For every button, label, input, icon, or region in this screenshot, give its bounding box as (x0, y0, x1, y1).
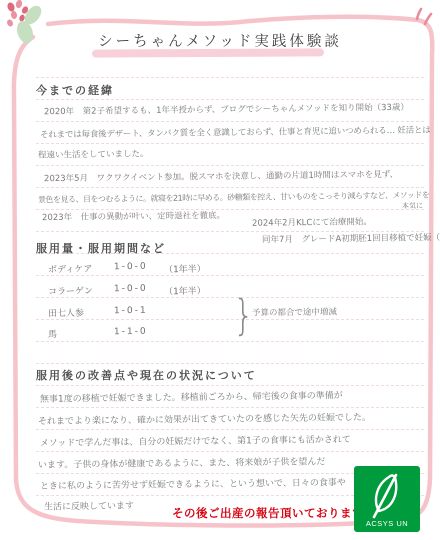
handwritten-line: 程遠い生活をしていました。 (38, 147, 149, 160)
dosage-row-dose: 1-0-0 (114, 262, 148, 273)
ruled-line (36, 165, 424, 166)
dosage-row-dose: 1-0-0 (114, 284, 148, 295)
ruled-line (36, 275, 424, 276)
page-title: シーちゃんメソッド実践体験談 (0, 30, 440, 51)
handwritten-line: 2024年2月KLCにて治療開始。 (252, 215, 372, 228)
dosage-row-dose: 1-0-1 (114, 306, 148, 317)
section-heading-history: 今までの経緯 (36, 82, 114, 98)
dosage-row-dose: 1-1-0 (114, 327, 148, 338)
dosage-row-name: 馬 (48, 327, 57, 340)
ruled-line (36, 451, 424, 452)
handwritten-line-tail: 本気に (402, 201, 423, 211)
dosage-row-name: 田七人参 (48, 306, 84, 320)
ruled-line (36, 187, 424, 188)
ruled-line (36, 121, 424, 122)
ruled-line (36, 319, 424, 320)
acsysun-logo: ACSYS UN (354, 466, 420, 532)
ruled-line (36, 99, 424, 100)
dosage-brace-note: 予算の都合で途中増減 (252, 305, 337, 318)
testimonial-sheet: シーちゃんメソッド実践体験談 今までの経緯 2020年 第2子希望するも、1年半… (0, 0, 440, 540)
ruled-line (36, 363, 424, 364)
birth-report-stamp: その後ご出産の報告頂いております (172, 505, 364, 521)
handwritten-line: 生活に反映しています (44, 498, 134, 512)
ruled-line (36, 429, 424, 430)
ruled-line (36, 407, 424, 408)
ruled-line (36, 297, 424, 298)
logo-text: ACSYS UN (366, 519, 408, 528)
section-heading-dosage: 服用量・服用期間など (36, 240, 166, 256)
dosage-row-name: ボディケア (48, 262, 93, 276)
ruled-line (36, 385, 424, 386)
leaf-icon (366, 471, 408, 519)
dosage-row-name: コラーゲン (48, 284, 93, 298)
ruled-line (36, 341, 424, 342)
dosage-row-period: （1年半） (164, 262, 206, 276)
ruled-line (36, 143, 424, 144)
handwritten-line: 同年7月 グレードA初期胚1回目移植で妊娠（35歳） (262, 231, 440, 246)
dosage-row-period: （1年半） (164, 284, 206, 298)
section-heading-after: 服用後の改善点や現在の状況について (36, 367, 257, 383)
ruled-line (36, 77, 424, 78)
table-brace: } (234, 292, 254, 340)
handwritten-line: 2023年 仕事の異動が叶い、定時退社を徹底。 (42, 209, 225, 223)
